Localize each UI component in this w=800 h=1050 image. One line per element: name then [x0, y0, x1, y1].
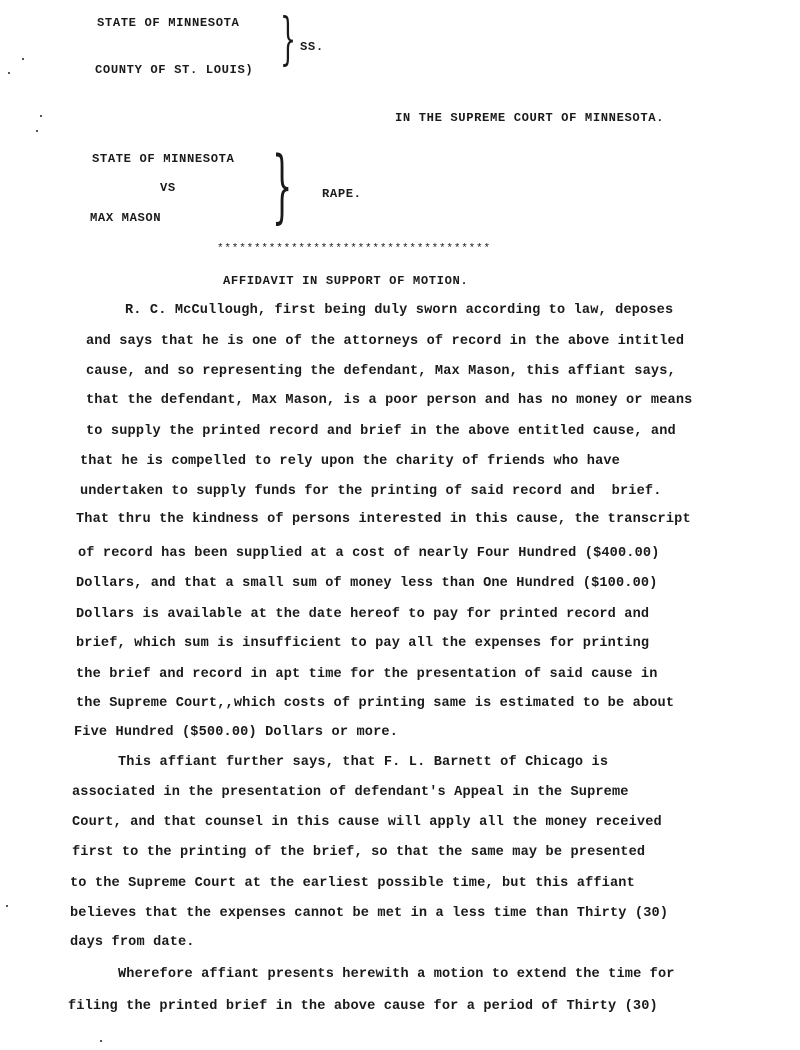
body-line: the brief and record in apt time for the…	[76, 667, 658, 683]
body-line: Dollars, and that a small sum of money l…	[76, 576, 658, 592]
body-line: associated in the presentation of defend…	[72, 785, 629, 801]
caption-defendant: MAX MASON	[90, 210, 161, 226]
venue-state: STATE OF MINNESOTA	[97, 15, 239, 31]
body-line: brief, which sum is insufficient to pay …	[76, 636, 649, 652]
body-line: to the Supreme Court at the earliest pos…	[70, 876, 635, 892]
body-line: believes that the expenses cannot be met…	[70, 906, 668, 922]
scan-speck	[22, 58, 24, 60]
scan-speck	[6, 905, 8, 907]
document-title: AFFIDAVIT IN SUPPORT OF MOTION.	[223, 273, 468, 289]
body-line: This affiant further says, that F. L. Ba…	[118, 755, 608, 771]
body-line: Five Hundred ($500.00) Dollars or more.	[74, 725, 398, 741]
venue-ss: SS.	[300, 39, 324, 55]
venue-county: COUNTY OF ST. LOUIS)	[95, 62, 253, 78]
caption-charge: RAPE.	[322, 186, 362, 202]
body-line: Dollars is available at the date hereof …	[76, 607, 649, 623]
scan-speck	[36, 130, 38, 132]
caption-versus: VS	[160, 180, 176, 196]
scan-speck	[40, 115, 42, 117]
body-line: the Supreme Court,,which costs of printi…	[76, 696, 674, 712]
court-heading: IN THE SUPREME COURT OF MINNESOTA.	[395, 110, 664, 126]
caption-plaintiff: STATE OF MINNESOTA	[92, 151, 234, 167]
scan-speck	[8, 72, 10, 74]
body-line: cause, and so representing the defendant…	[86, 364, 676, 380]
body-line: first to the printing of the brief, so t…	[72, 845, 645, 861]
body-line: filing the printed brief in the above ca…	[68, 999, 658, 1015]
body-line: of record has been supplied at a cost of…	[78, 546, 660, 562]
body-line: R. C. McCullough, first being duly sworn…	[125, 303, 673, 319]
scan-speck	[100, 1040, 102, 1042]
document-page: STATE OF MINNESOTA } SS. COUNTY OF ST. L…	[0, 0, 800, 1050]
caption-brace: }	[272, 146, 292, 226]
body-line: to supply the printed record and brief i…	[86, 424, 676, 440]
venue-brace: }	[280, 12, 296, 68]
body-line: and says that he is one of the attorneys…	[86, 334, 684, 350]
body-line: That thru the kindness of persons intere…	[76, 512, 691, 528]
body-line: days from date.	[70, 935, 195, 951]
body-line: undertaken to supply funds for the print…	[80, 484, 662, 500]
body-line: that he is compelled to rely upon the ch…	[80, 454, 620, 470]
asterisk-separator: *************************************	[217, 243, 574, 255]
body-line: Court, and that counsel in this cause wi…	[72, 815, 662, 831]
body-line: Wherefore affiant presents herewith a mo…	[118, 967, 675, 983]
body-line: that the defendant, Max Mason, is a poor…	[86, 393, 692, 409]
